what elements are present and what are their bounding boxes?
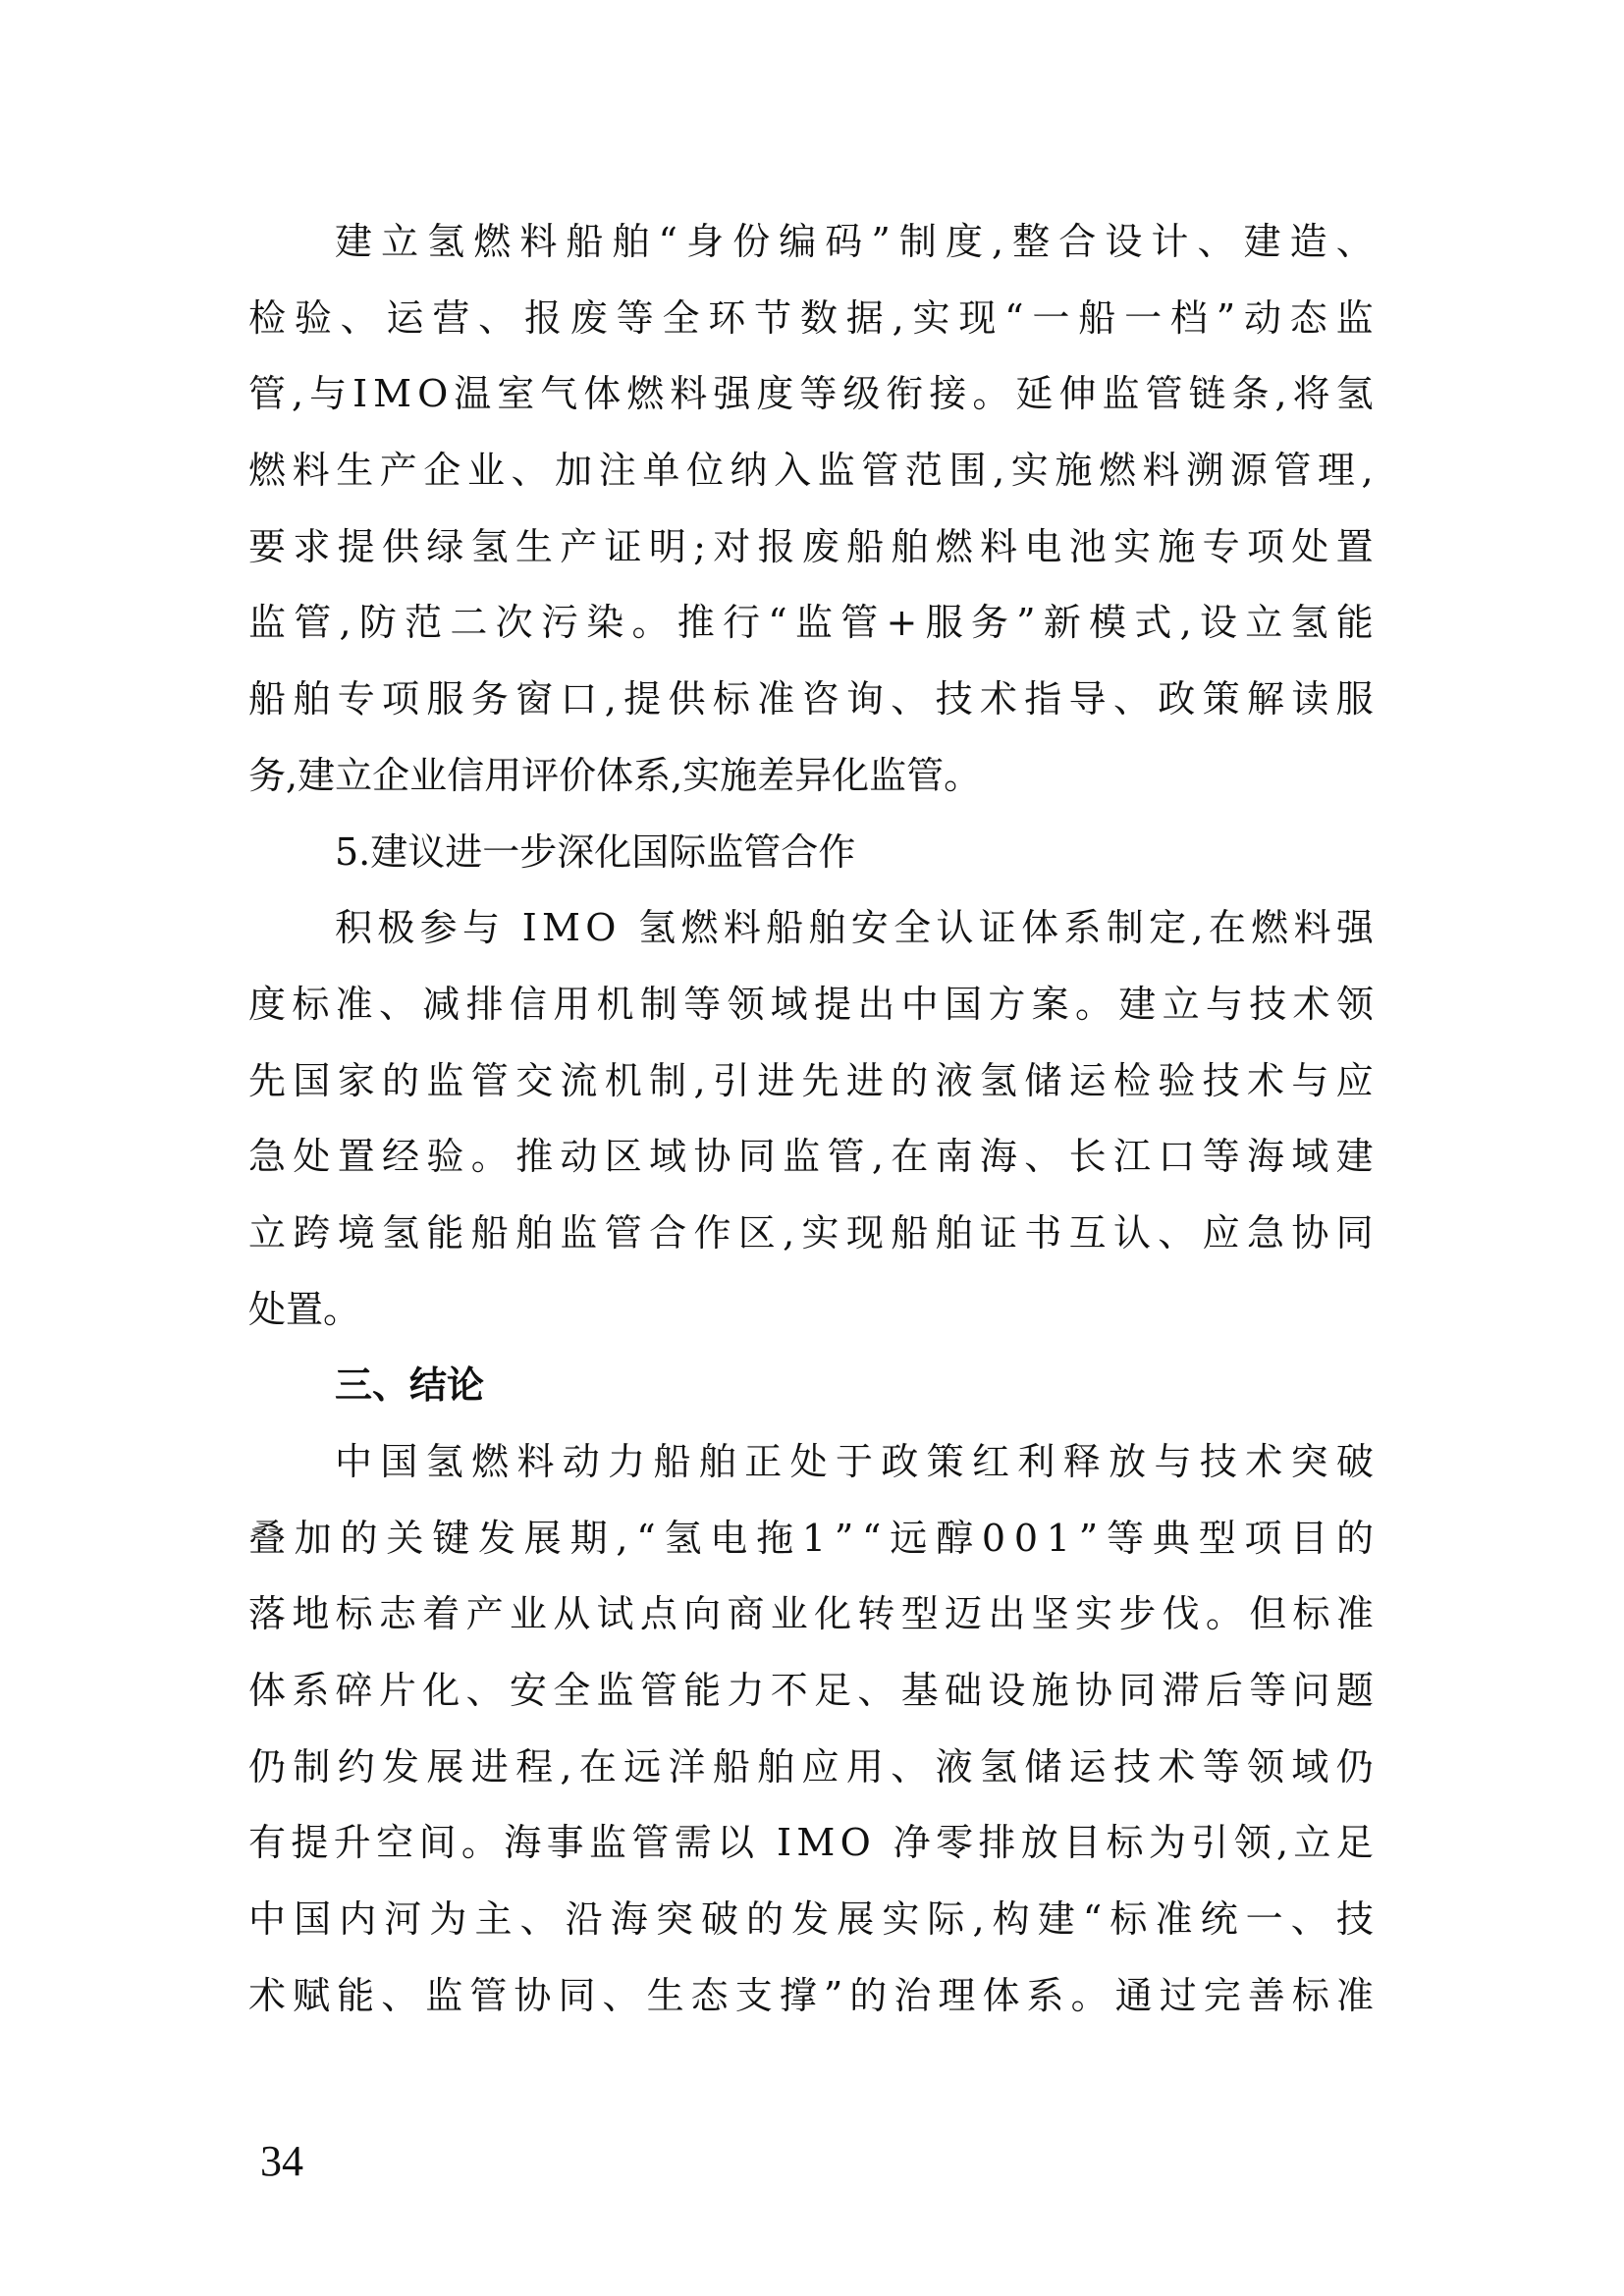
paragraph-line: 体系碎片化、安全监管能力不足、基础设施协同滞后等问题 (248, 1653, 1374, 1730)
subheading: 5.建议进一步深化国际监管合作 (248, 815, 1374, 891)
paragraph-line: 术赋能、监管协同、生态支撑”的治理体系。通过完善标准 (248, 1958, 1374, 2035)
paragraph-line: 有提升空间。海事监管需以 IMO 净零排放目标为引领,立足 (248, 1805, 1374, 1882)
paragraph-line: 中国内河为主、沿海突破的发展实际,构建“标准统一、技 (248, 1882, 1374, 1958)
paragraph-line: 仍制约发展进程,在远洋船舶应用、液氢储运技术等领域仍 (248, 1730, 1374, 1806)
paragraph-line: 叠加的关键发展期,“氢电拖1”“远醇001”等典型项目的 (248, 1501, 1374, 1577)
paragraph-line: 务,建立企业信用评价体系,实施差异化监管。 (248, 738, 1374, 815)
paragraph-line: 要求提供绿氢生产证明;对报废船舶燃料电池实施专项处置 (248, 509, 1374, 586)
paragraph-line: 燃料生产企业、加注单位纳入监管范围,实施燃料溯源管理, (248, 433, 1374, 509)
document-page: 建立氢燃料船舶“身份编码”制度,整合设计、建造、 检验、运营、报废等全环节数据,… (0, 0, 1624, 2296)
body-text: 建立氢燃料船舶“身份编码”制度,整合设计、建造、 检验、运营、报废等全环节数据,… (248, 204, 1374, 2035)
paragraph-line: 检验、运营、报废等全环节数据,实现“一船一档”动态监 (248, 281, 1374, 357)
paragraph-line: 度标准、减排信用机制等领域提出中国方案。建立与技术领 (248, 967, 1374, 1043)
paragraph-line: 落地标志着产业从试点向商业化转型迈出坚实步伐。但标准 (248, 1576, 1374, 1653)
paragraph-line: 先国家的监管交流机制,引进先进的液氢储运检验技术与应 (248, 1043, 1374, 1120)
paragraph-line: 管,与IMO温室气体燃料强度等级衔接。延伸监管链条,将氢 (248, 356, 1374, 433)
paragraph-line: 急处置经验。推动区域协同监管,在南海、长江口等海域建 (248, 1119, 1374, 1196)
paragraph-line: 立跨境氢能船舶监管合作区,实现船舶证书互认、应急协同 (248, 1196, 1374, 1272)
paragraph-line: 建立氢燃料船舶“身份编码”制度,整合设计、建造、 (248, 204, 1374, 281)
paragraph-line: 船舶专项服务窗口,提供标准咨询、技术指导、政策解读服 (248, 662, 1374, 738)
section-heading: 三、结论 (248, 1348, 1374, 1424)
paragraph-line: 中国氢燃料动力船舶正处于政策红利释放与技术突破 (248, 1424, 1374, 1501)
page-number: 34 (260, 2136, 303, 2186)
paragraph-line: 积极参与 IMO 氢燃料船舶安全认证体系制定,在燃料强 (248, 890, 1374, 967)
paragraph-line: 处置。 (248, 1272, 1374, 1349)
paragraph-line: 监管,防范二次污染。推行“监管+服务”新模式,设立氢能 (248, 585, 1374, 662)
